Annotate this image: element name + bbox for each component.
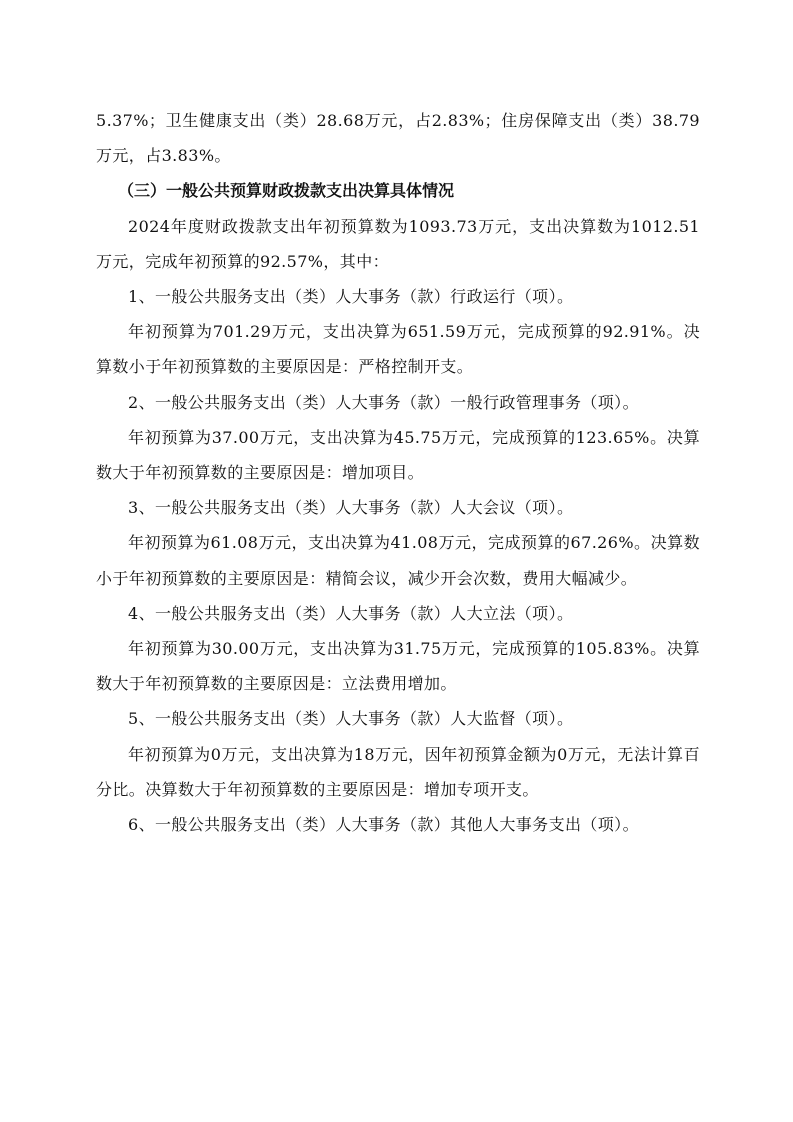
- item-4-detail: 年初预算为30.00万元，支出决算为31.75万元，完成预算的105.83%。决…: [96, 631, 700, 701]
- item-5-detail: 年初预算为0万元，支出决算为18万元，因年初预算金额为0万元，无法计算百分比。决…: [96, 737, 700, 807]
- item-3-title: 3、一般公共服务支出（类）人大事务（款）人大会议（项）。: [96, 490, 700, 525]
- item-2-detail: 年初预算为37.00万元，支出决算为45.75万元，完成预算的123.65%。决…: [96, 420, 700, 490]
- item-1-title: 1、一般公共服务支出（类）人大事务（款）行政运行（项）。: [96, 279, 700, 314]
- paragraph-overview: 2024年度财政拨款支出年初预算数为1093.73万元，支出决算数为1012.5…: [96, 209, 700, 279]
- item-1-detail: 年初预算为701.29万元，支出决算为651.59万元，完成预算的92.91%。…: [96, 314, 700, 384]
- item-4-title: 4、一般公共服务支出（类）人大事务（款）人大立法（项）。: [96, 596, 700, 631]
- section-heading: （三）一般公共预算财政拨款支出决算具体情况: [96, 173, 700, 208]
- item-2-title: 2、一般公共服务支出（类）人大事务（款）一般行政管理事务（项）。: [96, 385, 700, 420]
- item-6-title: 6、一般公共服务支出（类）人大事务（款）其他人大事务支出（项）。: [96, 807, 700, 842]
- paragraph-health-housing-summary: 5.37%；卫生健康支出（类）28.68万元，占2.83%；住房保障支出（类）3…: [96, 103, 700, 173]
- item-3-detail: 年初预算为61.08万元，支出决算为41.08万元，完成预算的67.26%。决算…: [96, 525, 700, 595]
- document-page: 5.37%；卫生健康支出（类）28.68万元，占2.83%；住房保障支出（类）3…: [96, 103, 700, 842]
- item-5-title: 5、一般公共服务支出（类）人大事务（款）人大监督（项）。: [96, 701, 700, 736]
